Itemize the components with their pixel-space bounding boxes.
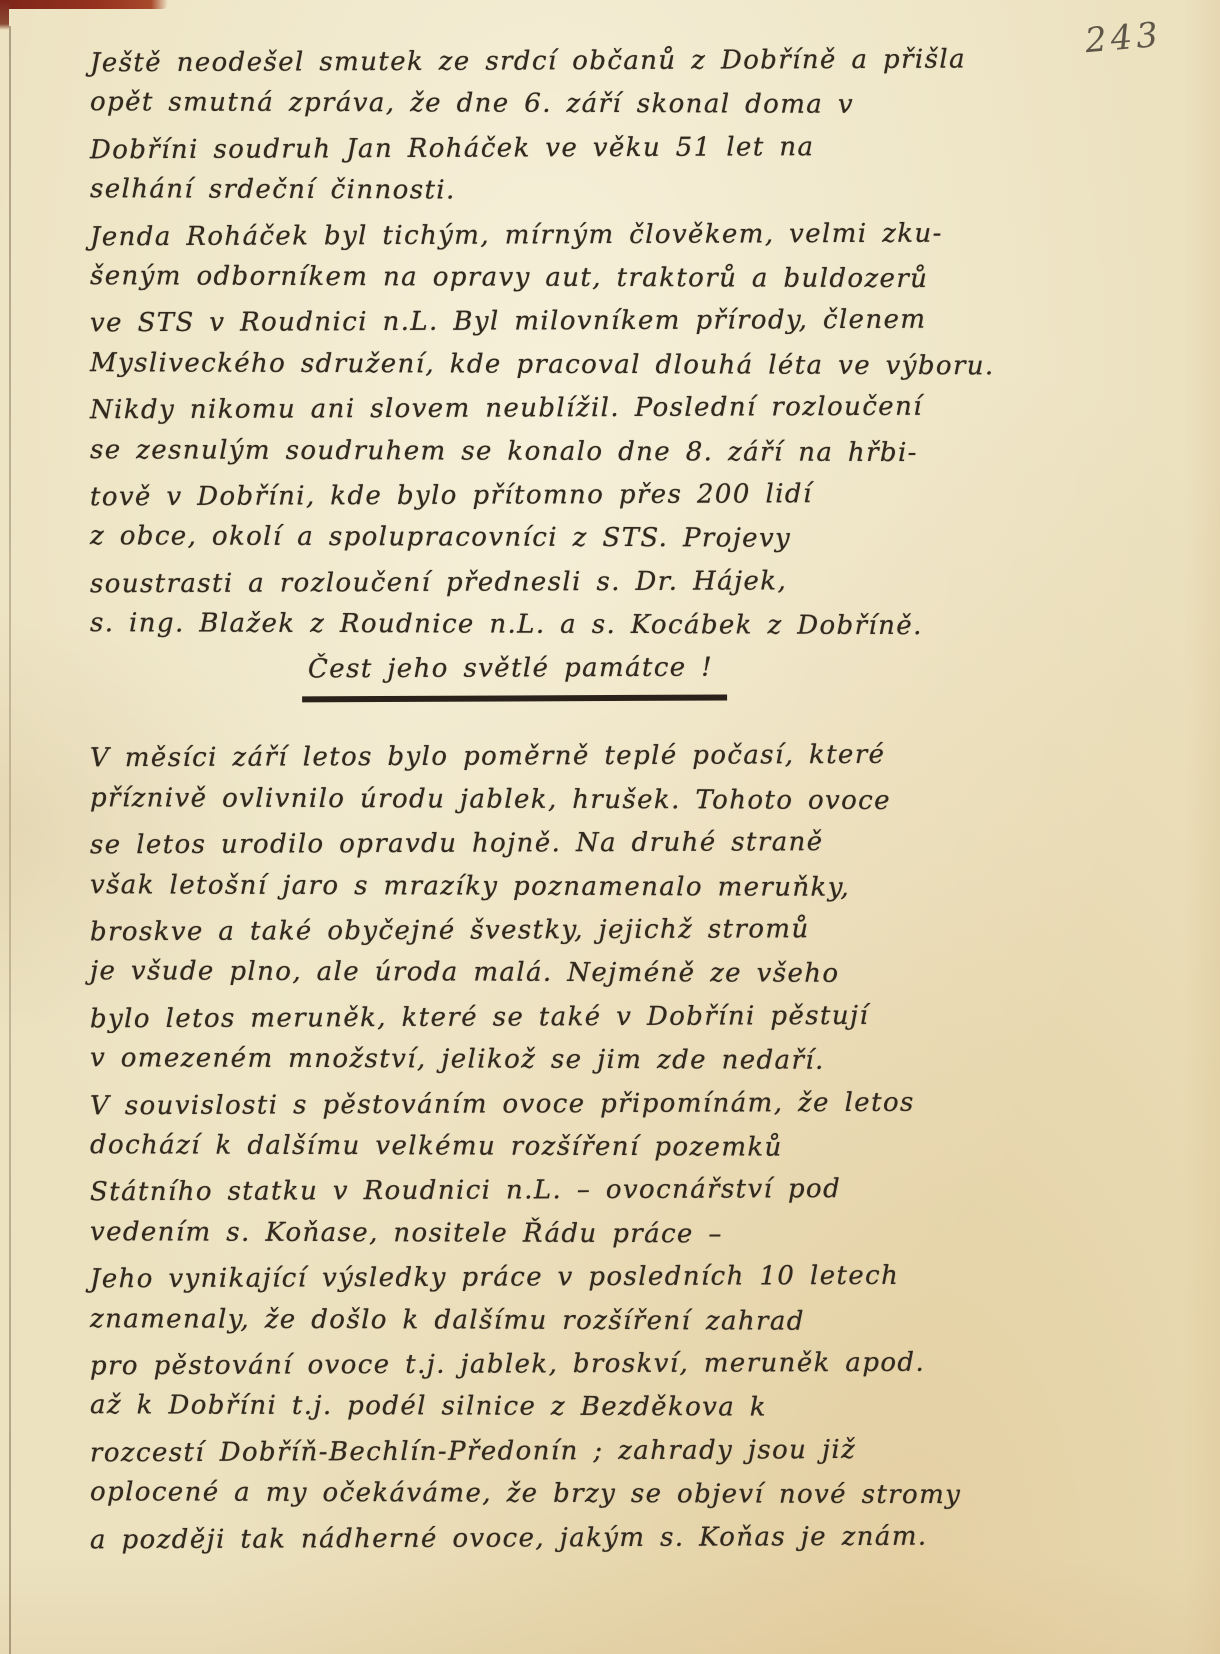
text-line: broskve a také obyčejné švestky, jejichž… bbox=[90, 907, 1140, 955]
text-line: vedením s. Koňase, nositele Řádu práce – bbox=[90, 1211, 1140, 1258]
text-line: pro pěstování ovoce t.j. jablek, broskví… bbox=[90, 1341, 1140, 1389]
text-line: ve STS v Roudnici n.L. Byl milovníkem př… bbox=[90, 298, 1140, 346]
text-line: Jeho vynikající výsledky práce v posledn… bbox=[90, 1254, 1140, 1302]
text-line: bylo letos meruněk, které se také v Dobř… bbox=[90, 994, 1140, 1042]
manuscript-text: Ještě neodešel smutek ze srdcí občanů z … bbox=[90, 40, 1140, 1560]
text-line: oplocené a my očekáváme, že brzy se obje… bbox=[90, 1471, 1140, 1518]
text-line: a později tak nádherné ovoce, jakým s. K… bbox=[90, 1514, 1140, 1562]
text-line: Ještě neodešel smutek ze srdcí občanů z … bbox=[90, 38, 1140, 86]
text-line: Jenda Roháček byl tichým, mírným člověke… bbox=[90, 211, 1140, 259]
page-fold-line bbox=[9, 26, 11, 1654]
text-line: V měsíci září letos bylo poměrně teplé p… bbox=[90, 733, 1140, 781]
text-line: z obce, okolí a spolupracovníci z STS. P… bbox=[90, 515, 1140, 562]
chronicle-page: 243 Ještě neodešel smutek ze srdcí občan… bbox=[0, 0, 1220, 1654]
memorial-heading-line: Čest jeho světlé památce ! bbox=[90, 645, 1140, 704]
text-line: šeným odborníkem na opravy aut, traktorů… bbox=[90, 255, 1140, 302]
text-line: se zesnulým soudruhem se konalo dne 8. z… bbox=[90, 429, 1140, 476]
text-line: V souvislosti s pěstováním ovoce připomí… bbox=[90, 1080, 1140, 1128]
obituary-paragraph: Ještě neodešel smutek ze srdcí občanů z … bbox=[90, 40, 1140, 701]
text-line: až k Dobříni t.j. podél silnice z Bezděk… bbox=[90, 1384, 1140, 1431]
text-line: však letošní jaro s mrazíky poznamenalo … bbox=[90, 864, 1140, 911]
harvest-paragraph: V měsíci září letos bylo poměrně teplé p… bbox=[90, 735, 1140, 1559]
text-line: s. ing. Blažek z Roudnice n.L. a s. Kocá… bbox=[90, 602, 1140, 649]
text-line: tově v Dobříni, kde bylo přítomno přes 2… bbox=[90, 472, 1140, 520]
text-line: je všude plno, ale úroda malá. Nejméně z… bbox=[90, 951, 1140, 998]
text-line: znamenaly, že došlo k dalšímu rozšíření … bbox=[90, 1298, 1140, 1345]
text-line: Mysliveckého sdružení, kde pracoval dlou… bbox=[90, 342, 1140, 389]
text-line: v omezeném množství, jelikož se jim zde … bbox=[90, 1037, 1140, 1084]
text-line: rozcestí Dobříň-Bechlín-Předonín ; zahra… bbox=[90, 1427, 1140, 1475]
text-line: Nikdy nikomu ani slovem neublížil. Posle… bbox=[90, 385, 1140, 433]
text-line: se letos urodilo opravdu hojně. Na druhé… bbox=[90, 820, 1140, 868]
text-line: dochází k dalšímu velkému rozšíření poze… bbox=[90, 1124, 1140, 1171]
memorial-heading: Čest jeho světlé památce ! bbox=[302, 647, 727, 703]
binding-strip bbox=[0, 0, 168, 9]
text-line: Dobříni soudruh Jan Roháček ve věku 51 l… bbox=[90, 124, 1140, 172]
text-line: příznivě ovlivnilo úrodu jablek, hrušek.… bbox=[90, 777, 1140, 824]
text-line: soustrasti a rozloučení přednesli s. Dr.… bbox=[90, 558, 1140, 606]
text-line: Státního statku v Roudnici n.L. – ovocná… bbox=[90, 1167, 1140, 1215]
binding-corner bbox=[0, 0, 9, 30]
text-line: opět smutná zpráva, že dne 6. září skona… bbox=[90, 82, 1140, 129]
text-line: selhání srdeční činnosti. bbox=[90, 168, 1140, 215]
